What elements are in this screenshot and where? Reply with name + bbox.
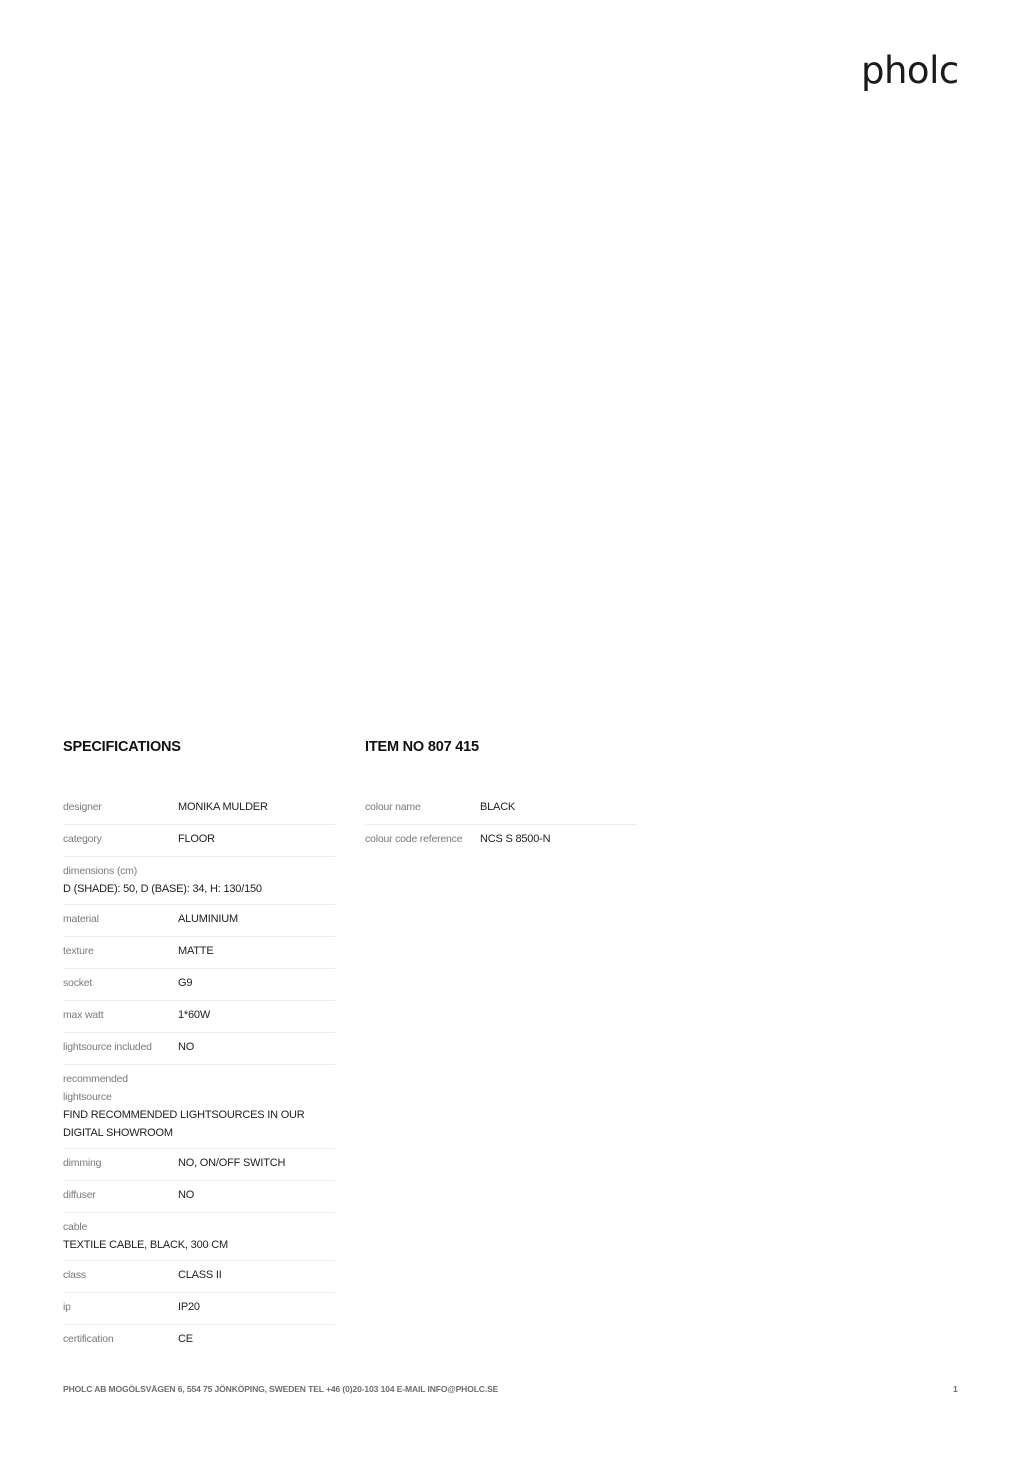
spec-label: material [63, 910, 178, 928]
spec-label: diffuser [63, 1186, 178, 1204]
spec-label: designer [63, 798, 178, 816]
spec-value: NO, ON/OFF SWITCH [178, 1154, 285, 1172]
spec-label: texture [63, 942, 178, 960]
spec-row-class: class CLASS II [63, 1261, 335, 1293]
spec-value: 1*60W [178, 1006, 210, 1024]
spec-row-lightsource-included: lightsource included NO [63, 1033, 335, 1065]
spec-label: category [63, 830, 178, 848]
specifications-title: SPECIFICATIONS [63, 736, 335, 758]
spec-label: socket [63, 974, 178, 992]
spec-value: CE [178, 1330, 193, 1348]
item-label: colour name [365, 798, 480, 816]
spec-label: ip [63, 1298, 178, 1316]
spec-label: dimensions (cm) [63, 862, 335, 880]
spec-row-max-watt: max watt 1*60W [63, 1001, 335, 1033]
item-number-title: ITEM NO 807 415 [365, 736, 637, 758]
spec-row-category: category FLOOR [63, 825, 335, 857]
spec-value: ALUMINIUM [178, 910, 238, 928]
footer-contact: PHOLC AB MOGÖLSVÄGEN 6, 554 75 JÖNKÖPING… [63, 1384, 498, 1394]
spec-row-dimming: dimming NO, ON/OFF SWITCH [63, 1149, 335, 1181]
spec-value: FIND RECOMMENDED LIGHTSOURCES IN OUR DIG… [63, 1106, 335, 1142]
spec-value: G9 [178, 974, 192, 992]
spec-value: NO [178, 1186, 194, 1204]
spec-row-ip: ip IP20 [63, 1293, 335, 1325]
spec-value: D (SHADE): 50, D (BASE): 34, H: 130/150 [63, 880, 335, 898]
spec-row-diffuser: diffuser NO [63, 1181, 335, 1213]
item-value: NCS S 8500-N [480, 830, 550, 848]
spec-label: cable [63, 1218, 335, 1236]
spec-label: max watt [63, 1006, 178, 1024]
specifications-section: SPECIFICATIONS designer MONIKA MULDER ca… [63, 736, 335, 1356]
spec-row-recommended-lightsource: recommended lightsource FIND RECOMMENDED… [63, 1065, 335, 1149]
spec-label: certification [63, 1330, 178, 1348]
spec-value: FLOOR [178, 830, 215, 848]
spec-label: recommended lightsource [63, 1070, 153, 1106]
page-number: 1 [953, 1384, 958, 1394]
spec-row-cable: cable TEXTILE CABLE, BLACK, 300 CM [63, 1213, 335, 1261]
spec-value: CLASS II [178, 1266, 222, 1284]
brand-logo: pholc [861, 52, 959, 89]
item-value: BLACK [480, 798, 515, 816]
spec-row-dimensions: dimensions (cm) D (SHADE): 50, D (BASE):… [63, 857, 335, 905]
item-label: colour code reference [365, 830, 480, 848]
item-section: ITEM NO 807 415 colour name BLACK colour… [365, 736, 637, 856]
spec-value: TEXTILE CABLE, BLACK, 300 CM [63, 1236, 335, 1254]
item-row-colour-name: colour name BLACK [365, 793, 637, 825]
spec-value: MONIKA MULDER [178, 798, 268, 816]
spec-row-socket: socket G9 [63, 969, 335, 1001]
spec-label: dimming [63, 1154, 178, 1172]
spec-value: MATTE [178, 942, 213, 960]
spec-value: IP20 [178, 1298, 200, 1316]
item-row-colour-code: colour code reference NCS S 8500-N [365, 825, 637, 856]
spec-row-material: material ALUMINIUM [63, 905, 335, 937]
spec-row-designer: designer MONIKA MULDER [63, 793, 335, 825]
spec-label: class [63, 1266, 178, 1284]
spec-row-certification: certification CE [63, 1325, 335, 1356]
spec-row-texture: texture MATTE [63, 937, 335, 969]
spec-label: lightsource included [63, 1038, 178, 1056]
spec-value: NO [178, 1038, 194, 1056]
